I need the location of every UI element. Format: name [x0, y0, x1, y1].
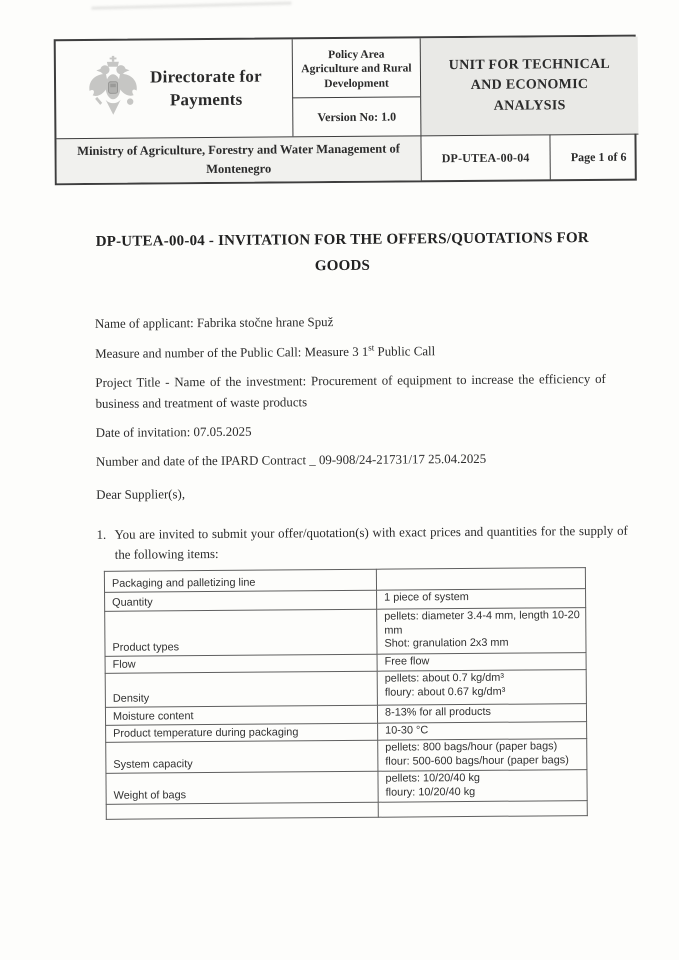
org-name: Directorate for Payments [150, 65, 262, 112]
item-1-number: 1. [97, 525, 115, 565]
spec-label: Packaging and palletizing line [104, 569, 376, 592]
spec-label: Product types [105, 609, 377, 656]
salutation: Dear Supplier(s), [96, 481, 621, 506]
measure-prefix: Measure and number of the Public Call: M… [95, 345, 368, 361]
scan-artifact-streak [91, 2, 291, 10]
spec-label: Product temperature during packaging [106, 723, 378, 743]
measure-line: Measure and number of the Public Call: M… [95, 340, 620, 365]
project-line2: business and treatment of waste products [95, 390, 620, 415]
ministry-cell: Ministry of Agriculture, Forestry and Wa… [56, 135, 420, 183]
measure-suffix: Public Call [374, 344, 435, 358]
spec-label: Flow [105, 654, 377, 674]
spec-value: pellets: about 0.7 kg/dm³ floury: about … [377, 670, 586, 706]
policy-area-cell: Policy Area Agriculture and Rural Develo… [292, 38, 420, 98]
table-row: System capacity pellets: 800 bags/hour (… [106, 739, 587, 774]
spec-value: 1 piece of system [377, 589, 586, 610]
spec-value: Free flow [377, 652, 586, 671]
doc-code-cell: DP-UTEA-00-04 [420, 134, 549, 180]
project-line1: Project Title - Name of the investment: … [95, 369, 620, 394]
applicant-line: Name of applicant: Fabrika stočne hrane … [95, 310, 620, 335]
specification-table: Packaging and palletizing line Quantity … [104, 567, 588, 820]
table-row [106, 801, 587, 820]
spec-label: Quantity [105, 590, 377, 611]
version-cell: Version No: 1.0 [292, 97, 420, 136]
invitation-date-line: Date of invitation: 07.05.2025 [96, 419, 621, 444]
page-number-cell: Page 1 of 6 [549, 134, 638, 180]
spec-label: Moisture content [105, 705, 377, 725]
item-1-text: You are invited to submit your offer/quo… [115, 521, 629, 565]
spec-label [106, 802, 378, 819]
letterhead-table: Directorate for Payments Policy Area Agr… [54, 35, 637, 186]
item-1-paragraph: 1. You are invited to submit your offer/… [97, 521, 622, 565]
document-title: DP-UTEA-00-04 - INVITATION FOR THE OFFER… [82, 225, 602, 281]
spec-value [376, 568, 585, 591]
spec-value: pellets: 800 bags/hour (paper bags) flou… [378, 739, 587, 772]
spec-label: Weight of bags [106, 771, 378, 804]
spec-value: 8-13% for all products [377, 704, 586, 723]
spec-value: 10-30 °C [378, 721, 587, 740]
spec-label: System capacity [106, 740, 378, 773]
table-row: Density pellets: about 0.7 kg/dm³ floury… [105, 670, 586, 708]
spec-value: pellets: 10/20/40 kg floury: 10/20/40 kg [378, 770, 587, 803]
spec-value: pellets: diameter 3.4-4 mm, length 10-20… [377, 608, 586, 654]
coat-of-arms-icon [86, 56, 141, 123]
table-row: Weight of bags pellets: 10/20/40 kg flou… [106, 770, 587, 805]
unit-cell: UNIT FOR TECHNICAL AND ECONOMIC ANALYSIS [420, 37, 639, 136]
letterhead-org-cell: Directorate for Payments [56, 39, 293, 138]
contract-number-line: Number and date of the IPARD Contract _ … [96, 448, 621, 473]
item-1-line2: the following items: [115, 541, 628, 565]
spec-value [378, 801, 587, 818]
spec-label: Density [105, 671, 377, 707]
item-1-line1: You are invited to submit your offer/quo… [115, 521, 628, 545]
scanned-page: Directorate for Payments Policy Area Agr… [0, 0, 679, 960]
table-row: Product types pellets: diameter 3.4-4 mm… [105, 608, 586, 656]
project-title-line: Project Title - Name of the investment: … [95, 369, 620, 415]
